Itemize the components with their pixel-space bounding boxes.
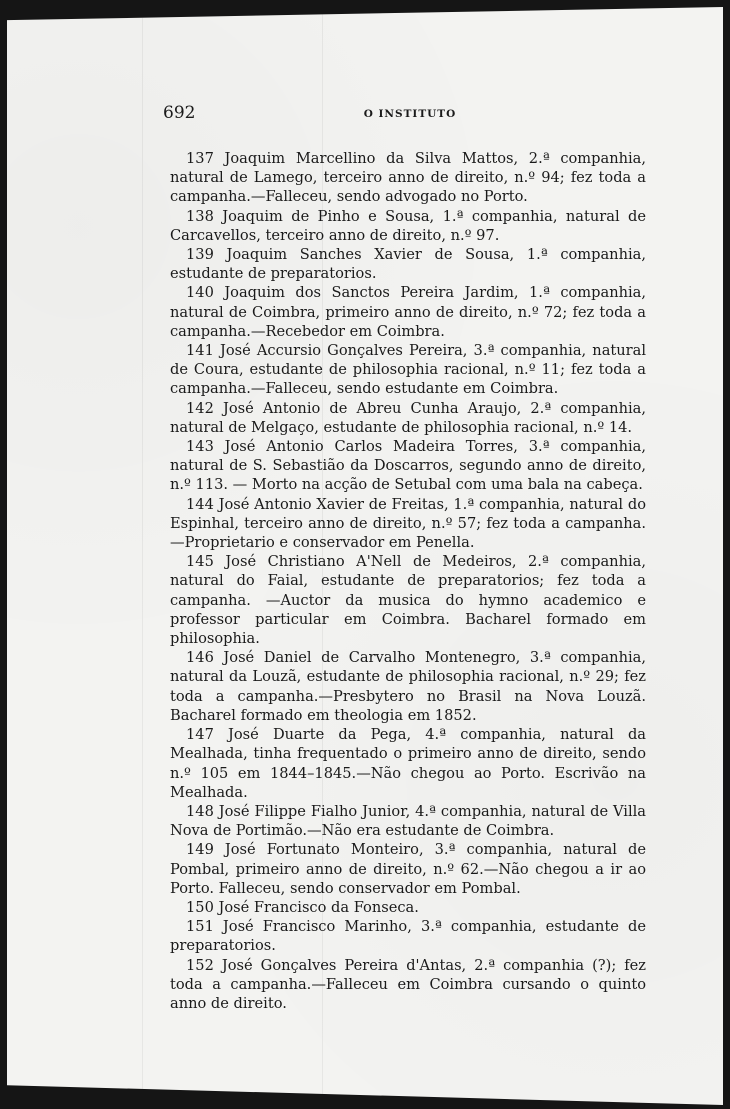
paper-crease bbox=[142, 7, 143, 1105]
scanned-page: 692 O INSTITUTO 137 Joaquim Marcellino d… bbox=[7, 7, 723, 1105]
entry-138: 138 Joaquim de Pinho e Sousa, 1.ª compan… bbox=[170, 207, 646, 245]
entry-146: 146 José Daniel de Carvalho Montenegro, … bbox=[170, 648, 646, 725]
entry-143: 143 José Antonio Carlos Madeira Torres, … bbox=[170, 437, 646, 495]
entry-144: 144 José Antonio Xavier de Freitas, 1.ª … bbox=[170, 495, 646, 553]
entry-148: 148 José Filippe Fialho Junior, 4.ª comp… bbox=[170, 802, 646, 840]
entry-149: 149 José Fortunato Monteiro, 3.ª companh… bbox=[170, 840, 646, 898]
entry-142: 142 José Antonio de Abreu Cunha Araujo, … bbox=[170, 399, 646, 437]
page-body: 137 Joaquim Marcellino da Silva Mattos, … bbox=[170, 149, 646, 1013]
entry-150: 150 José Francisco da Fonseca. bbox=[170, 898, 646, 917]
entry-139: 139 Joaquim Sanches Xavier de Sousa, 1.ª… bbox=[170, 245, 646, 283]
entry-140: 140 Joaquim dos Sanctos Pereira Jardim, … bbox=[170, 283, 646, 341]
entry-145: 145 José Christiano A'Nell de Medeiros, … bbox=[170, 552, 646, 648]
entry-152: 152 José Gonçalves Pereira d'Antas, 2.ª … bbox=[170, 956, 646, 1014]
running-title: O INSTITUTO bbox=[163, 108, 641, 120]
entry-141: 141 José Accursio Gonçalves Pereira, 3.ª… bbox=[170, 341, 646, 399]
entry-147: 147 José Duarte da Pega, 4.ª companhia, … bbox=[170, 725, 646, 802]
entry-151: 151 José Francisco Marinho, 3.ª companhi… bbox=[170, 917, 646, 955]
entry-137: 137 Joaquim Marcellino da Silva Mattos, … bbox=[170, 149, 646, 207]
page-header: 692 O INSTITUTO bbox=[163, 103, 641, 127]
